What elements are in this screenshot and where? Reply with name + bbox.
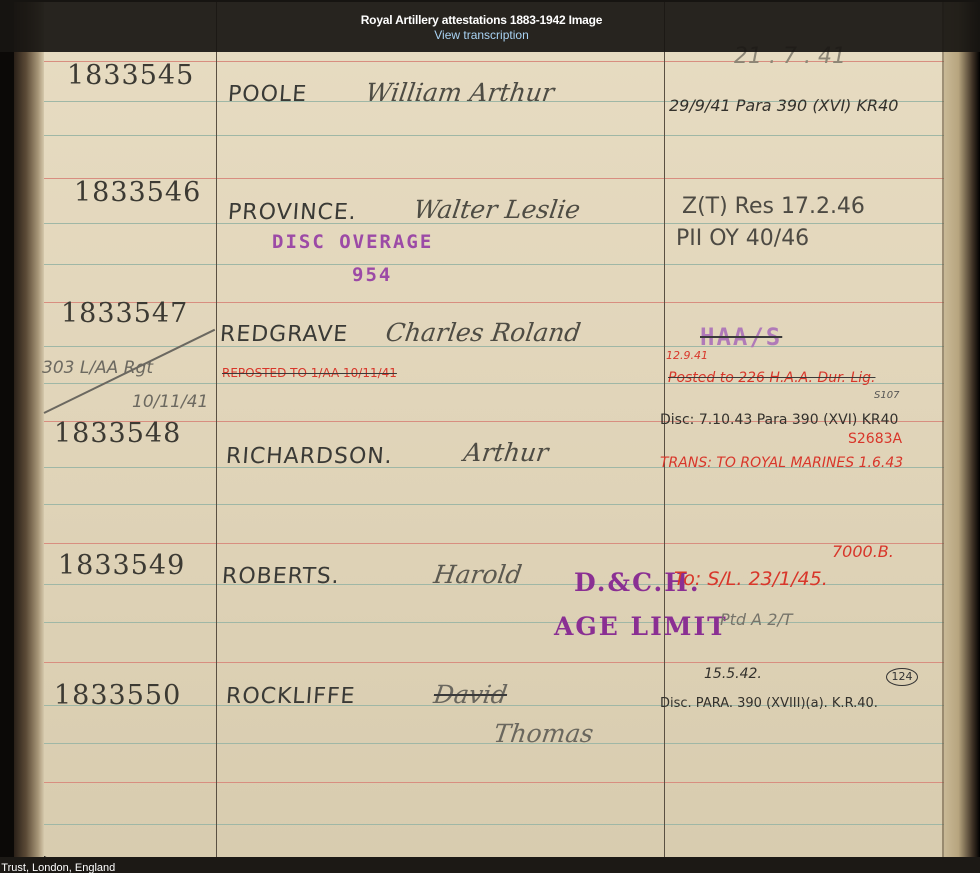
given-names-second: Thomas (492, 719, 595, 748)
ledger-page: 21 . 7 . 41 1833545 POOLE William Arthur… (14, 2, 944, 858)
book-spine (14, 2, 44, 858)
remark: Z(T) Res 17.2.46 (682, 194, 865, 219)
service-number: 1833547 (61, 298, 188, 329)
surname: REDGRAVE (219, 322, 349, 347)
given-names: David (432, 680, 509, 709)
image-credit: l Trust, London, England (0, 862, 115, 873)
stamp-number: 954 (352, 264, 392, 286)
stamp-disc-overage: DISC OVERAGE (272, 231, 433, 253)
surname: PROVINCE. (227, 200, 357, 225)
service-number: 1833550 (54, 680, 181, 711)
image-viewer[interactable]: 21 . 7 . 41 1833545 POOLE William Arthur… (0, 0, 980, 873)
remark: 29/9/41 Para 390 (XVI) KR40 (669, 96, 898, 115)
image-title: Royal Artillery attestations 1883-1942 I… (0, 13, 963, 27)
surname: POOLE (227, 82, 308, 107)
viewer-header: Royal Artillery attestations 1883-1942 I… (0, 0, 980, 52)
red-rule (44, 782, 958, 783)
column-divider (664, 2, 665, 858)
given-names: Harold (432, 560, 524, 589)
remark: TRANS: TO ROYAL MARINES 1.6.43 (660, 455, 903, 471)
green-rule (44, 504, 958, 505)
reposted-note: REPOSTED TO 1/AA 10/11/41 (222, 366, 397, 380)
remark: Posted to 226 H.A.A. Dur. Lig. (668, 370, 875, 386)
remark: Disc: 7.10.43 Para 390 (XVI) KR40 (660, 412, 898, 428)
green-rule (44, 622, 958, 623)
margin-date: 10/11/41 (132, 392, 208, 412)
green-rule (44, 135, 958, 136)
remark: 12.9.41 (666, 349, 708, 362)
given-names: Walter Leslie (412, 195, 582, 224)
stamp-haa-s: HAA/S (700, 323, 782, 351)
service-number: 1833548 (54, 418, 181, 449)
surname: RICHARDSON. (225, 444, 393, 469)
view-transcription-link[interactable]: View transcription (0, 28, 963, 42)
remark: PII OY 40/46 (676, 226, 809, 251)
red-rule (44, 543, 958, 544)
circled-number: 124 (886, 668, 918, 686)
given-names: William Arthur (364, 78, 556, 107)
service-number: 1833546 (74, 177, 201, 208)
book-gutter (944, 2, 980, 858)
green-rule (44, 264, 958, 265)
given-names: Arthur (462, 438, 550, 467)
service-number: 1833549 (58, 550, 185, 581)
stamp-age-limit: AGE LIMIT (554, 612, 728, 641)
red-rule (44, 662, 958, 663)
column-divider (216, 2, 217, 858)
viewer-footer: l Trust, London, England (0, 857, 980, 873)
remark: 15.5.42. (704, 666, 762, 682)
remark: Disc. PARA. 390 (XVIII)(a). K.R.40. (660, 696, 878, 711)
remark: S2683A (848, 431, 902, 447)
remark: 7000.B. (832, 542, 894, 561)
green-rule (44, 824, 958, 825)
service-number: 1833545 (67, 60, 194, 91)
remark: Ptd A 2/T (720, 610, 793, 629)
surname: ROCKLIFFE (225, 684, 356, 709)
given-names: Charles Roland (384, 318, 583, 347)
remark: S107 (874, 390, 899, 401)
remark: To: S/L. 23/1/45. (674, 568, 828, 590)
surname: ROBERTS. (221, 564, 340, 589)
